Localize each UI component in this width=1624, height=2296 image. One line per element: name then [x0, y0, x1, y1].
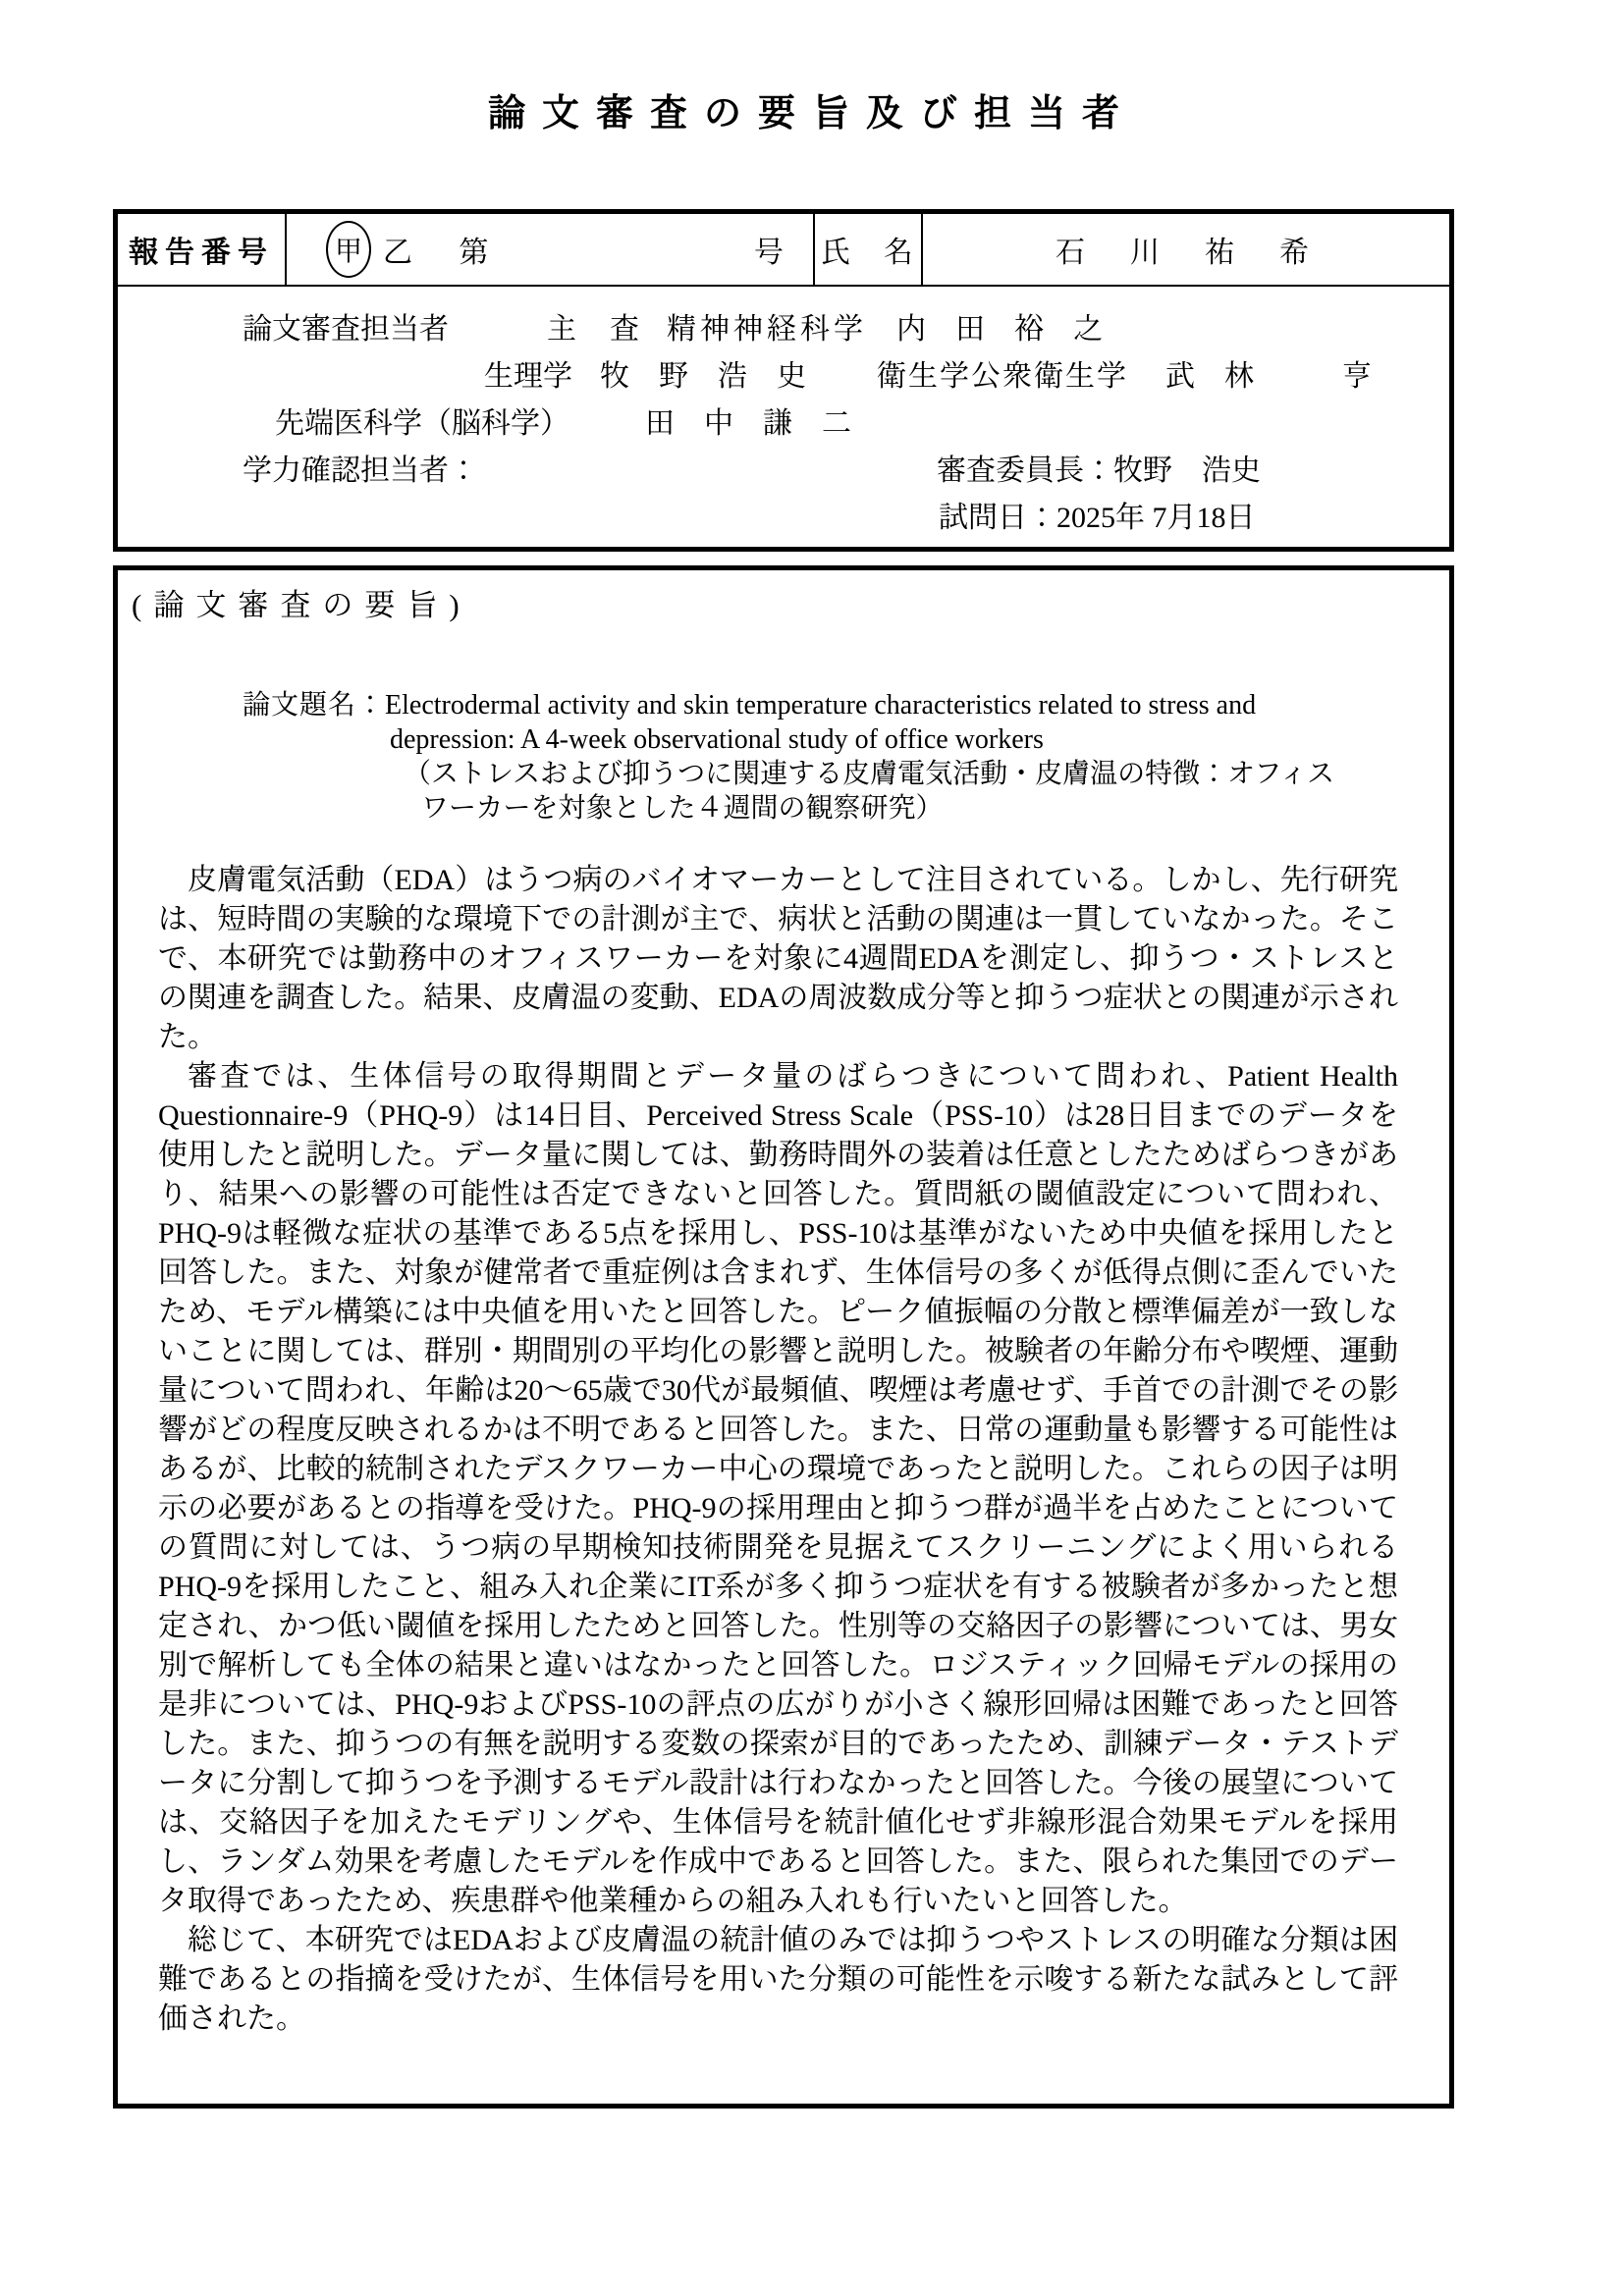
second-field2: 衛生学公衆衛生学 — [877, 360, 1128, 393]
gou-label: 号 — [754, 228, 784, 271]
thesis-title-line-1: 論文題名：Electrodermal activity and skin tem… — [243, 688, 1449, 722]
thesis-title-line-3: （ストレスおよび抑うつに関連する皮膚電気活動・皮膚温の特徴：オフィス — [404, 757, 1449, 791]
name-label: 氏 名 — [815, 214, 923, 285]
chief-field: 精神神経科学 — [667, 313, 867, 346]
second-field1: 生理学 — [484, 360, 572, 393]
summary-section-heading: (論文審査の要旨) — [132, 586, 1449, 625]
reviewers-label: 論文審査担当者 — [243, 313, 449, 346]
chief-role: 主 査 — [547, 313, 641, 346]
candidate-name: 石 川 祐 希 — [923, 214, 1449, 285]
exam-date: 試問日：2025年 7月18日 — [939, 502, 1256, 534]
committee-line-third: 先端医科学（脳科学）田 中 謙 二 — [118, 400, 1449, 448]
academic-check-label: 学力確認担当者： — [243, 454, 478, 487]
committee-line-second: 生理学牧 野 浩 史衛生学公衆衛生学武 林 亨 — [118, 353, 1449, 400]
committee-chair: 審査委員長：牧野 浩史 — [937, 448, 1261, 495]
summary-paragraph: 皮膚電気活動（EDA）はうつ病のバイオマーカーとして注目されている。しかし、先行… — [158, 861, 1398, 1057]
page-title: 論文審査の要旨及び担当者 — [0, 82, 1624, 136]
thesis-title-label: 論文題名： — [243, 690, 385, 721]
committee-line-chief: 論文審査担当者主 査精神神経科学内 田 裕 之 — [118, 306, 1449, 353]
summary-paragraph: 総じて、本研究ではEDAおよび皮膚温の統計値のみでは抑うつやストレスの明確な分類… — [158, 1921, 1398, 2039]
committee-line-academic-check: 学力確認担当者： 審査委員長：牧野 浩史 — [118, 448, 1449, 495]
second-name2: 武 林 亨 — [1165, 360, 1372, 393]
third-field: 先端医科学（脳科学） — [275, 407, 569, 440]
thesis-title-en-1: Electrodermal activity and skin temperat… — [385, 690, 1256, 721]
summary-body: 皮膚電気活動（EDA）はうつ病のバイオマーカーとして注目されている。しかし、先行… — [158, 861, 1398, 2039]
third-name: 田 中 謙 二 — [645, 407, 851, 440]
chief-name: 内 田 裕 之 — [896, 313, 1103, 346]
committee-line-exam-date: 試問日：2025年 7月18日 — [118, 495, 1449, 542]
review-summary-box: (論文審査の要旨) 論文題名：Electrodermal activity an… — [113, 565, 1454, 2109]
summary-paragraph: 審査では、生体信号の取得期間とデータ量のばらつきについて問われ、Patient … — [158, 1057, 1398, 1921]
committee-block: 論文審査担当者主 査精神神経科学内 田 裕 之 生理学牧 野 浩 史衛生学公衆衛… — [118, 287, 1449, 542]
thesis-title-line-2: depression: A 4-week observational study… — [390, 722, 1449, 757]
document-page: 論文審査の要旨及び担当者 報告番号 甲 乙 第 号 氏 名 石 川 祐 希 論文… — [0, 0, 1624, 2296]
report-number-label: 報告番号 — [118, 214, 287, 285]
kou-circled-mark: 甲 — [326, 221, 371, 278]
thesis-title-line-4: ワーカーを対象とした４週間の観察研究） — [421, 791, 1449, 826]
report-header-table: 報告番号 甲 乙 第 号 氏 名 石 川 祐 希 論文審査担当者主 査精神神経科… — [113, 209, 1454, 552]
report-number-cell: 甲 乙 第 号 — [287, 214, 815, 285]
thesis-title-block: 論文題名：Electrodermal activity and skin tem… — [243, 688, 1449, 826]
report-header-row: 報告番号 甲 乙 第 号 氏 名 石 川 祐 希 — [118, 214, 1449, 287]
otsu-dai-label: 乙 第 — [383, 228, 509, 271]
second-name1: 牧 野 浩 史 — [600, 360, 806, 393]
